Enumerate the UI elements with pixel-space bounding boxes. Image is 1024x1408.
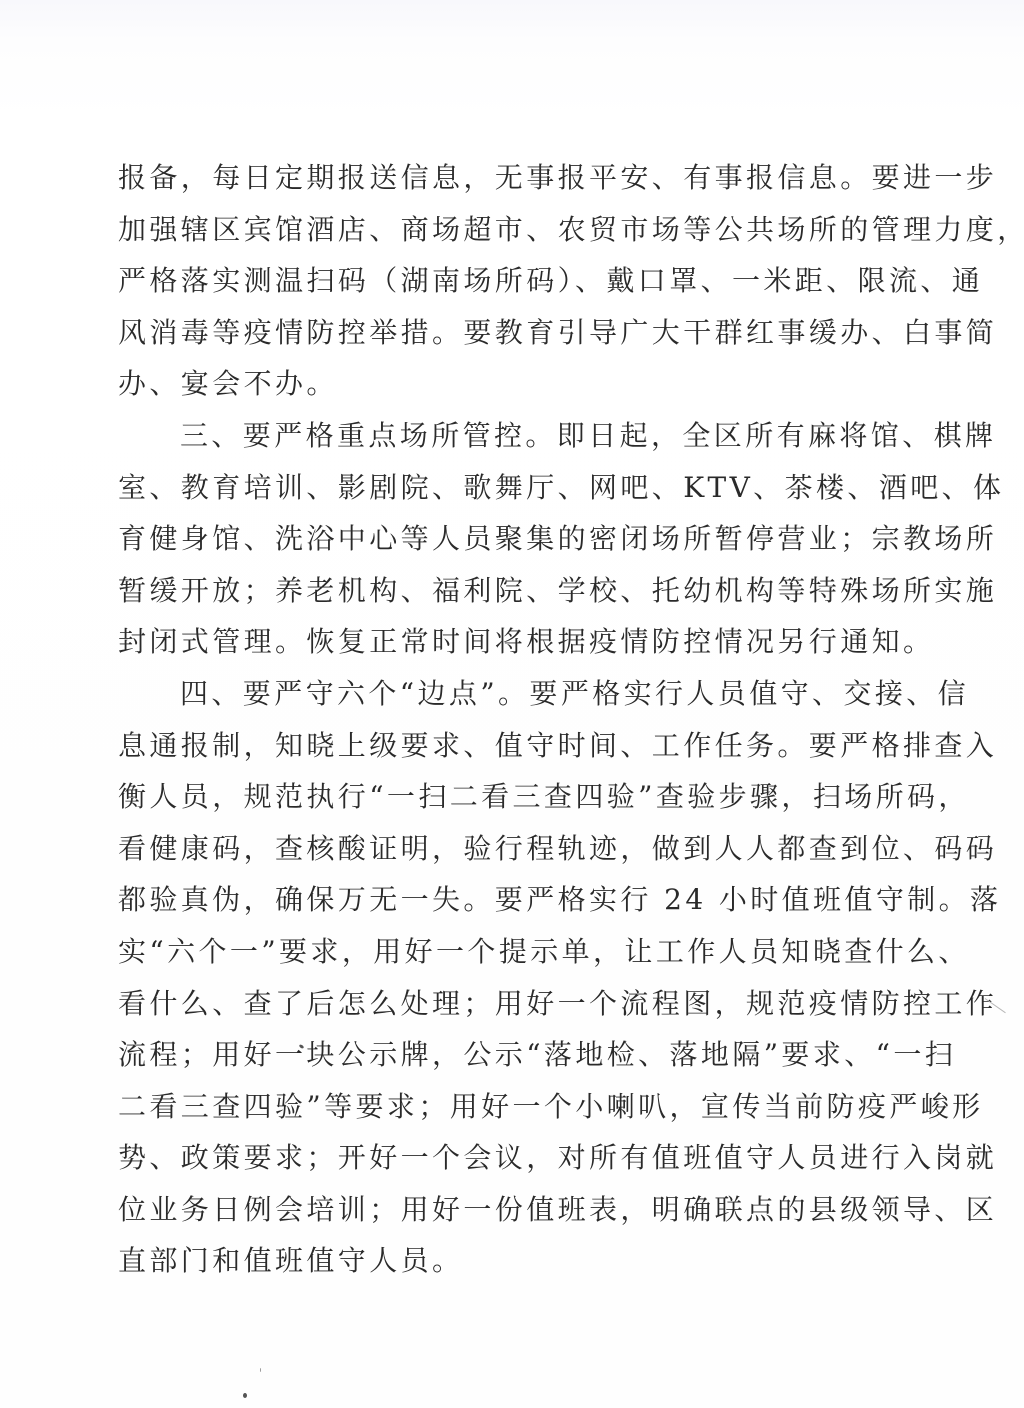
text-line: 看什么、查了后怎么处理；用好一个流程图，规范疫情防控工作 (118, 978, 858, 1030)
text-line: 都验真伪，确保万无一失。要严格实行 24 小时值班值守制。落 (118, 874, 858, 926)
scan-speck (243, 1393, 247, 1398)
text-line-heading: 四、要严守六个“边点”。要严格实行人员值守、交接、信 (118, 668, 858, 720)
text-line: 报备，每日定期报送信息，无事报平安、有事报信息。要进一步 (118, 152, 858, 204)
text-line: 封闭式管理。恢复正常时间将根据疫情防控情况另行通知。 (118, 616, 858, 668)
text-line: 实“六个一”要求，用好一个提示单，让工作人员知晓查什么、 (118, 926, 858, 978)
text-line: 室、教育培训、影剧院、歌舞厅、网吧、KTV、茶楼、酒吧、体 (118, 462, 858, 514)
text-line: 衡人员，规范执行“一扫二看三查四验”查验步骤，扫场所码， (118, 771, 858, 823)
text-line: 息通报制，知晓上级要求、值守时间、工作任务。要严格排查入 (118, 720, 858, 772)
paragraph-section-4: 四、要严守六个“边点”。要严格实行人员值守、交接、信 息通报制，知晓上级要求、值… (118, 668, 858, 1287)
scan-speck (260, 1368, 261, 1372)
text-line: 育健身馆、洗浴中心等人员聚集的密闭场所暂停营业；宗教场所 (118, 513, 858, 565)
text-line: 严格落实测温扫码（湖南场所码）、戴口罩、一米距、限流、通 (118, 255, 858, 307)
text-line: 二看三查四验”等要求；用好一个小喇叭，宣传当前防疫严峻形 (118, 1081, 858, 1133)
text-line: 办、宴会不办。 (118, 358, 858, 410)
text-line: 暂缓开放；养老机构、福利院、学校、托幼机构等特殊场所实施 (118, 565, 858, 617)
text-line: 加强辖区宾馆酒店、商场超市、农贸市场等公共场所的管理力度， (118, 204, 858, 256)
text-line: 势、政策要求；开好一个会议，对所有值班值守人员进行入岗就 (118, 1132, 858, 1184)
text-line-heading: 三、要严格重点场所管控。即日起，全区所有麻将馆、棋牌 (118, 410, 858, 462)
text-line: 流程；用好一块公示牌，公示“落地检、落地隔”要求、“一扫 (118, 1029, 858, 1081)
paragraph-continuation: 报备，每日定期报送信息，无事报平安、有事报信息。要进一步 加强辖区宾馆酒店、商场… (118, 152, 858, 410)
text-line: 看健康码，查核酸证明，验行程轨迹，做到人人都查到位、码码 (118, 823, 858, 875)
document-body: 报备，每日定期报送信息，无事报平安、有事报信息。要进一步 加强辖区宾馆酒店、商场… (118, 152, 858, 1287)
scanned-page: 报备，每日定期报送信息，无事报平安、有事报信息。要进一步 加强辖区宾馆酒店、商场… (0, 0, 1024, 1408)
scan-speck (352, 1150, 354, 1156)
paragraph-section-3: 三、要严格重点场所管控。即日起，全区所有麻将馆、棋牌 室、教育培训、影剧院、歌舞… (118, 410, 858, 668)
text-line: 直部门和值班值守人员。 (118, 1235, 858, 1287)
text-line: 位业务日例会培训；用好一份值班表，明确联点的县级领导、区 (118, 1184, 858, 1236)
text-line: 风消毒等疫情防控举措。要教育引导广大干群红事缓办、白事简 (118, 307, 858, 359)
